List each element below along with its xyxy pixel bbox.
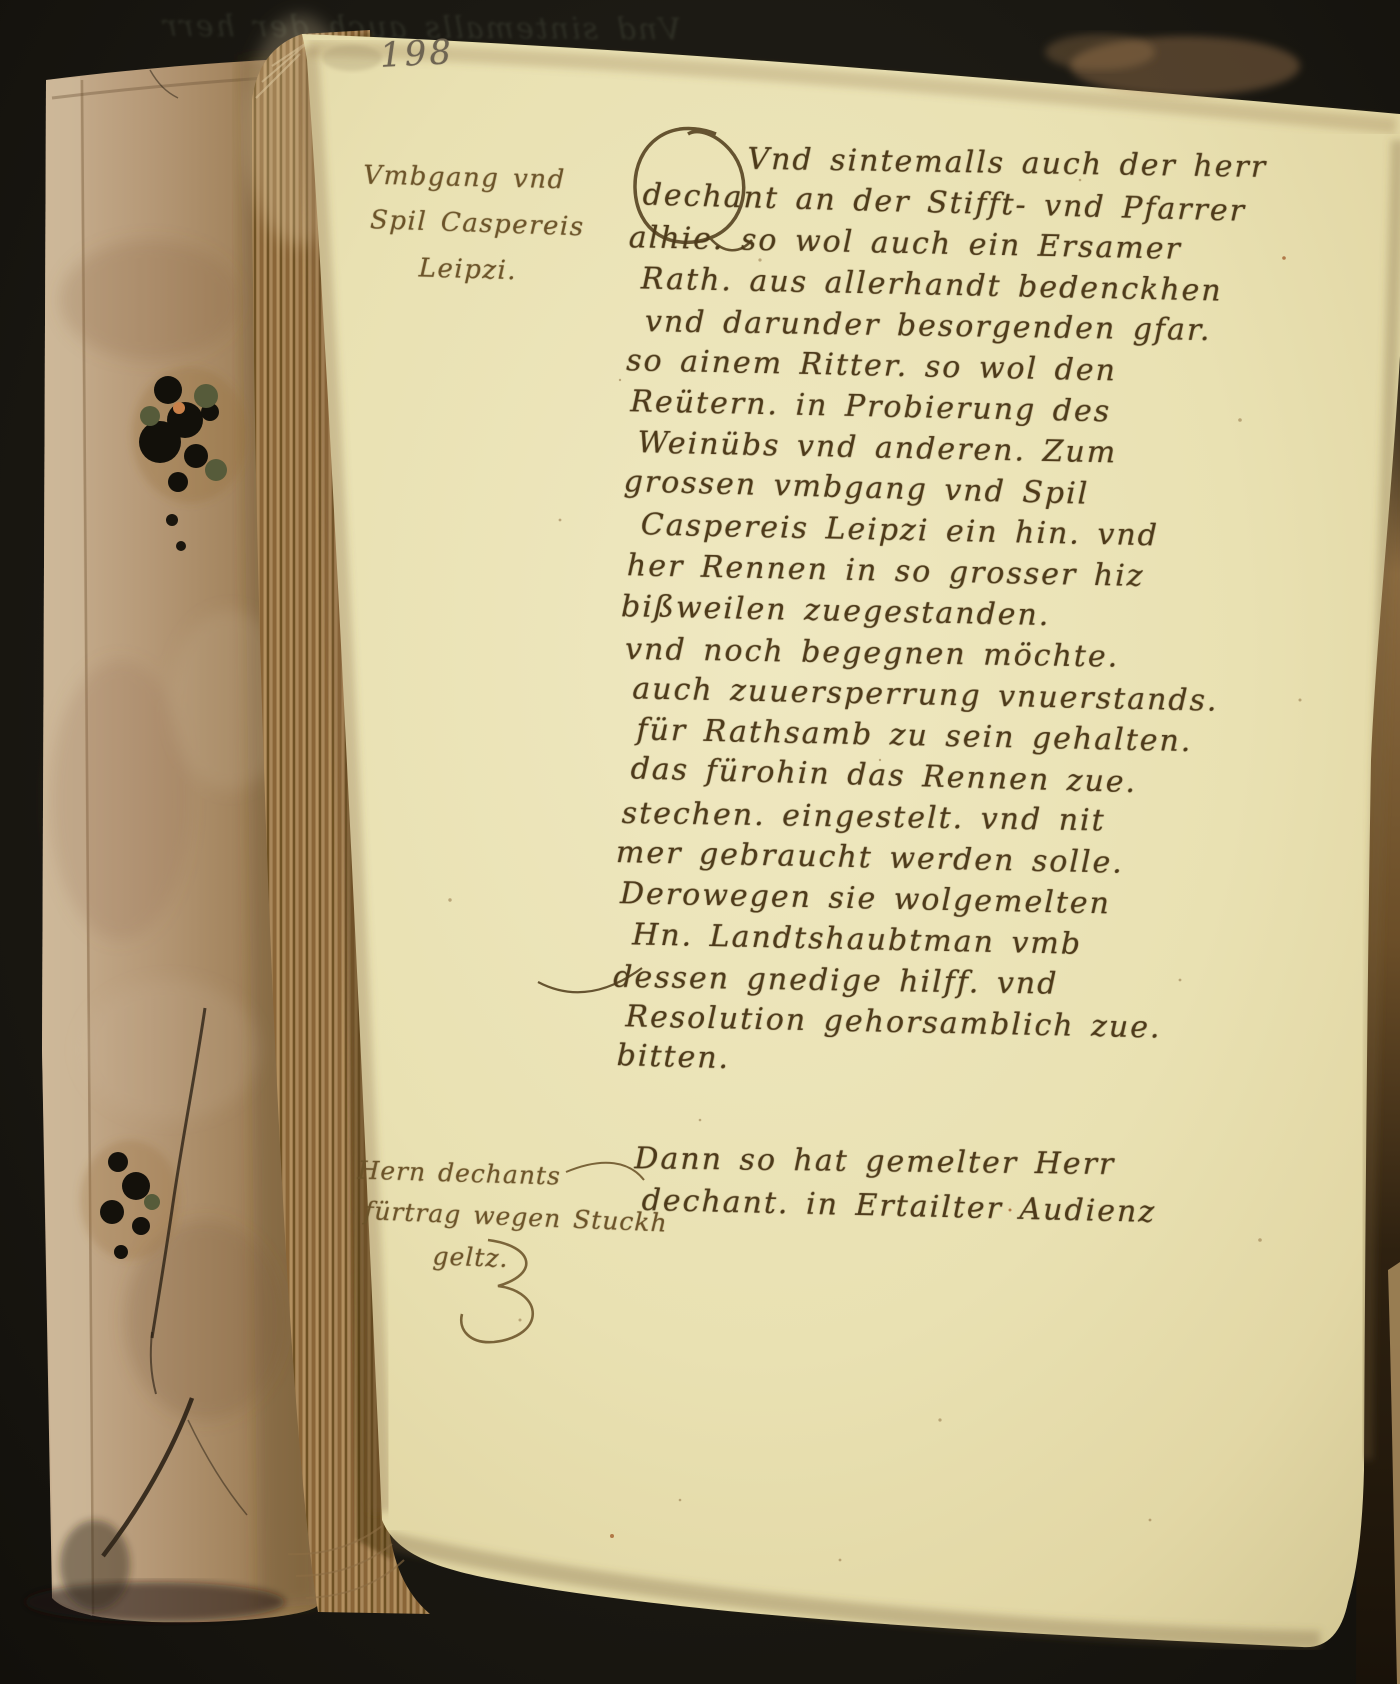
closing-paragraph: Dann so hat gemelter Herrdechant. in Ert… bbox=[633, 1135, 1254, 1236]
margin-note-1: Vmbgang vndSpil CaspereisLeipzi. bbox=[360, 152, 664, 298]
script-line: geltz. bbox=[432, 1235, 655, 1285]
manuscript-photo: Vnd sintemalls auch der herrdechant an d… bbox=[0, 0, 1400, 1684]
margin-note-2: Hern dechantsfürtrag wegen Stuckhgeltz. bbox=[354, 1149, 658, 1285]
script-line: Leipzi. bbox=[418, 245, 661, 298]
ink-blot-lower bbox=[80, 1140, 180, 1260]
erased-mark bbox=[322, 45, 382, 71]
script-line: Spil Caspereis bbox=[369, 197, 662, 253]
folio-number: 198 bbox=[379, 32, 455, 76]
main-text-block: Vnd sintemalls auch der herrdechant an d… bbox=[616, 135, 1286, 1091]
